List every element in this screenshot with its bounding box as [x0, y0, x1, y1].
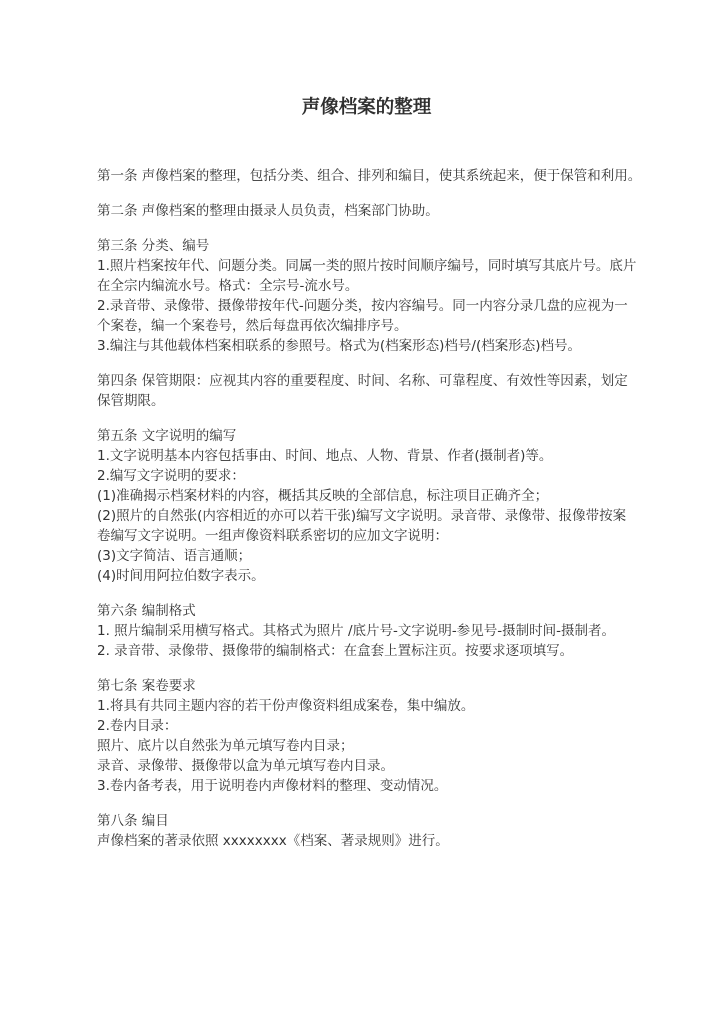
text-line: 卷编写文字说明。一组声像资料联系密切的应加文字说明：	[97, 526, 636, 546]
text-line: (3)文字简洁、语言通顺；	[97, 546, 636, 566]
text-line: 3.编注与其他载体档案相联系的参照号。格式为(档案形态)档号/(档案形态)档号。	[97, 336, 636, 356]
article-heading: 第八条 编目	[97, 811, 636, 831]
document-page: 声像档案的整理 第一条 声像档案的整理，包括分类、组合、排列和编目，使其系统起来…	[0, 0, 720, 1017]
text-line: 照片、底片以自然张为单元填写卷内目录；	[97, 736, 636, 756]
text-line: (2)照片的自然张(内容相近的亦可以若干张)编写文字说明。录音带、录像带、报像带…	[97, 506, 636, 526]
text-line: 保管期限。	[97, 391, 636, 411]
text-line: 录音、录像带、摄像带以盒为单元填写卷内目录。	[97, 756, 636, 776]
text-line: 在全宗内编流水号。格式：全宗号-流水号。	[97, 276, 636, 296]
text-line: 1.文字说明基本内容包括事由、时间、地点、人物、背景、作者(摄制者)等。	[97, 446, 636, 466]
article-heading: 第五条 文字说明的编写	[97, 426, 636, 446]
document-title: 声像档案的整理	[97, 97, 636, 119]
article-4: 第四条 保管期限：应视其内容的重要程度、时间、名称、可靠程度、有效性等因素，划定…	[97, 371, 636, 411]
text-line: 2. 录音带、录像带、摄像带的编制格式：在盒套上置标注页。按要求逐项填写。	[97, 641, 636, 661]
text-line: 2.卷内目录：	[97, 716, 636, 736]
text-line: (4)时间用阿拉伯数字表示。	[97, 566, 636, 586]
article-heading: 第七条 案卷要求	[97, 676, 636, 696]
text-line: 1. 照片编制采用横写格式。其格式为照片 /底片号-文字说明-参见号-摄制时间-…	[97, 621, 636, 641]
text-line: 第二条 声像档案的整理由摄录人员负责，档案部门协助。	[97, 201, 636, 221]
article-3: 第三条 分类、编号 1.照片档案按年代、问题分类。同属一类的照片按时间顺序编号，…	[97, 236, 636, 356]
text-line: 3.卷内备考表，用于说明卷内声像材料的整理、变动情况。	[97, 776, 636, 796]
article-2: 第二条 声像档案的整理由摄录人员负责，档案部门协助。	[97, 201, 636, 221]
article-1: 第一条 声像档案的整理，包括分类、组合、排列和编目，使其系统起来，便于保管和利用…	[97, 166, 636, 186]
text-line: 2.编写文字说明的要求：	[97, 466, 636, 486]
text-line: 个案卷，编一个案卷号，然后每盘再依次编排序号。	[97, 316, 636, 336]
article-6: 第六条 编制格式 1. 照片编制采用横写格式。其格式为照片 /底片号-文字说明-…	[97, 601, 636, 661]
article-heading: 第三条 分类、编号	[97, 236, 636, 256]
text-line: 1.将具有共同主题内容的若干份声像资料组成案卷，集中编放。	[97, 696, 636, 716]
article-heading: 第六条 编制格式	[97, 601, 636, 621]
text-line: 第一条 声像档案的整理，包括分类、组合、排列和编目，使其系统起来，便于保管和利用…	[97, 166, 636, 186]
text-line: 声像档案的著录依照 xxxxxxxx《档案、著录规则》进行。	[97, 831, 636, 851]
text-line: 2.录音带、录像带、摄像带按年代-问题分类，按内容编号。同一内容分录几盘的应视为…	[97, 296, 636, 316]
text-line: (1)准确揭示档案材料的内容，概括其反映的全部信息，标注项目正确齐全；	[97, 486, 636, 506]
text-line: 1.照片档案按年代、问题分类。同属一类的照片按时间顺序编号，同时填写其底片号。底…	[97, 256, 636, 276]
article-8: 第八条 编目 声像档案的著录依照 xxxxxxxx《档案、著录规则》进行。	[97, 811, 636, 851]
article-heading: 第四条 保管期限：应视其内容的重要程度、时间、名称、可靠程度、有效性等因素，划定	[97, 371, 636, 391]
article-5: 第五条 文字说明的编写 1.文字说明基本内容包括事由、时间、地点、人物、背景、作…	[97, 426, 636, 586]
article-7: 第七条 案卷要求 1.将具有共同主题内容的若干份声像资料组成案卷，集中编放。 2…	[97, 676, 636, 796]
